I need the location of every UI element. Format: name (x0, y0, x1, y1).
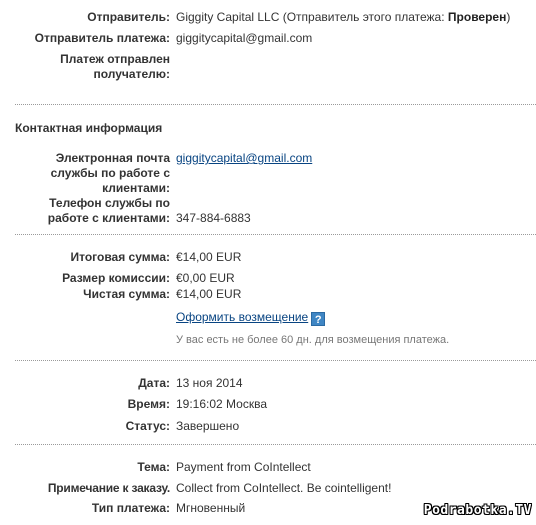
payer-email: giggitycapital@gmail.com (170, 31, 312, 46)
payer-row: Отправитель платежа: giggitycapital@gmai… (0, 31, 536, 46)
sender-name: Giggity Capital LLC (176, 10, 279, 24)
help-icon[interactable]: ? (311, 312, 325, 326)
order-note-label: Примечание к заказу. (0, 481, 170, 496)
status-value: Завершено (170, 419, 239, 434)
fee-row: Размер комиссии: €0,00 EUR (0, 271, 536, 286)
sender-status-prefix: (Отправитель этого платежа: (279, 10, 448, 24)
refund-note-row: У вас есть не более 60 дн. для возмещени… (0, 333, 536, 348)
date-label: Дата: (0, 376, 170, 391)
sender-row: Отправитель: Giggity Capital LLC (Отправ… (0, 10, 536, 25)
subject-label: Тема: (0, 460, 170, 475)
refund-row: Оформить возмещение? (0, 310, 536, 326)
divider (15, 104, 536, 105)
support-email-label-line2: службы по работе с (0, 166, 170, 181)
total-value: €14,00 EUR (170, 250, 241, 265)
sender-status: Проверен (448, 10, 506, 24)
support-phone-label-line2: работе с клиентами: (0, 211, 170, 226)
support-phone-value: 347-884-6883 (170, 196, 251, 226)
sender-value: Giggity Capital LLC (Отправитель этого п… (170, 10, 510, 25)
total-label: Итоговая сумма: (0, 250, 170, 265)
divider (15, 444, 536, 445)
support-email-label-line3: клиентами: (0, 181, 170, 196)
sent-to-label: Платеж отправлен получателю: (0, 52, 170, 82)
subject-value: Payment from CoIntellect (170, 460, 311, 475)
sent-to-label-line1: Платеж отправлен (0, 52, 170, 67)
watermark-logo: Podrabotka.TV (424, 503, 532, 518)
date-value: 13 ноя 2014 (170, 376, 243, 391)
support-phone-label-line1: Телефон службы по (0, 196, 170, 211)
date-row: Дата: 13 ноя 2014 (0, 376, 536, 391)
support-email-label: Электронная почта службы по работе с кли… (0, 151, 170, 196)
refund-note: У вас есть не более 60 дн. для возмещени… (170, 333, 449, 348)
net-row: Чистая сумма: €14,00 EUR (0, 287, 536, 302)
fee-value: €0,00 EUR (170, 271, 235, 286)
divider (15, 234, 536, 235)
payment-type-value: Мгновенный (170, 501, 245, 516)
support-phone-row: Телефон службы по работе с клиентами: 34… (0, 196, 536, 226)
subject-row: Тема: Payment from CoIntellect (0, 460, 536, 475)
sender-label: Отправитель: (0, 10, 170, 25)
status-row: Статус: Завершено (0, 419, 536, 434)
support-email-row: Электронная почта службы по работе с кли… (0, 151, 536, 196)
payer-label: Отправитель платежа: (0, 31, 170, 46)
contact-section-title: Контактная информация (15, 121, 162, 136)
net-label: Чистая сумма: (0, 287, 170, 302)
order-note-row: Примечание к заказу. Collect from CoInte… (0, 481, 536, 496)
support-email-link[interactable]: giggitycapital@gmail.com (176, 151, 312, 165)
net-value: €14,00 EUR (170, 287, 241, 302)
time-row: Время: 19:16:02 Москва (0, 397, 536, 412)
time-label: Время: (0, 397, 170, 412)
order-note-value: Collect from CoIntellect. Be cointellige… (170, 481, 391, 496)
support-email-label-line1: Электронная почта (0, 151, 170, 166)
total-row: Итоговая сумма: €14,00 EUR (0, 250, 536, 265)
issue-refund-link[interactable]: Оформить возмещение (176, 310, 308, 324)
sender-status-suffix: ) (506, 10, 510, 24)
sent-to-row: Платеж отправлен получателю: (0, 52, 536, 82)
fee-label: Размер комиссии: (0, 271, 170, 286)
support-phone-label: Телефон службы по работе с клиентами: (0, 196, 170, 226)
status-label: Статус: (0, 419, 170, 434)
divider (15, 360, 536, 361)
payment-type-label: Тип платежа: (0, 501, 170, 516)
sent-to-label-line2: получателю: (0, 67, 170, 82)
time-value: 19:16:02 Москва (170, 397, 267, 412)
